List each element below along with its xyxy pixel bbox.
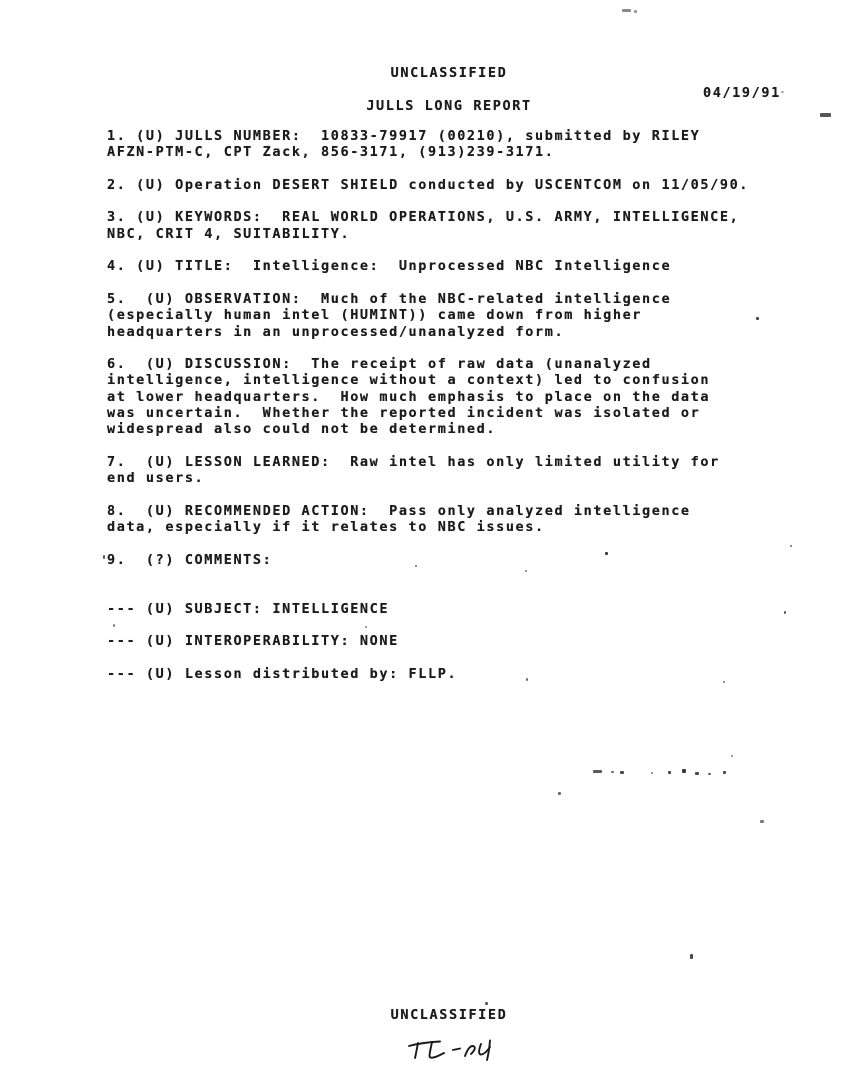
paragraph-lesson-learned: 7. (U) LESSON LEARNED: Raw intel has onl… xyxy=(107,454,807,487)
scan-speck xyxy=(558,792,561,795)
scan-speck xyxy=(690,954,693,959)
scan-speck xyxy=(708,773,711,775)
paragraph-observation: 5. (U) OBSERVATION: Much of the NBC-rela… xyxy=(107,291,807,340)
scan-speck xyxy=(485,1002,488,1005)
scan-speck xyxy=(723,771,726,774)
scan-speck xyxy=(760,820,764,823)
scan-speck xyxy=(611,771,614,773)
report-title: JULLS LONG REPORT xyxy=(107,98,791,114)
paragraph-title: 4. (U) TITLE: Intelligence: Unprocessed … xyxy=(107,258,807,274)
footnote-interoperability: --- (U) INTEROPERABILITY: NONE xyxy=(107,633,807,649)
scanned-document-page: UNCLASSIFIED 04/19/91 JULLS LONG REPORT … xyxy=(0,0,850,1079)
classification-header: UNCLASSIFIED xyxy=(107,65,791,81)
scan-speck xyxy=(682,769,686,773)
paragraph-keywords: 3. (U) KEYWORDS: REAL WORLD OPERATIONS, … xyxy=(107,209,807,242)
scan-speck xyxy=(651,772,653,774)
handwritten-stroke xyxy=(430,1042,445,1058)
scan-speck xyxy=(668,771,671,774)
scan-speck xyxy=(593,770,602,773)
classification-footer: UNCLASSIFIED xyxy=(107,1007,791,1023)
scan-speck xyxy=(634,10,637,13)
scan-speck xyxy=(781,91,784,93)
handwritten-page-number xyxy=(394,1029,514,1071)
paragraph-comments: 9. (?) COMMENTS: xyxy=(107,552,807,568)
paragraph-recommended-action: 8. (U) RECOMMENDED ACTION: Pass only ana… xyxy=(107,503,807,536)
scan-speck xyxy=(622,9,631,12)
paragraph-discussion: 6. (U) DISCUSSION: The receipt of raw da… xyxy=(107,356,807,437)
scan-speck xyxy=(103,555,105,559)
handwritten-stroke xyxy=(409,1042,440,1047)
scan-speck xyxy=(620,771,624,774)
paragraph-operation: 2. (U) Operation DESERT SHIELD conducted… xyxy=(107,177,807,193)
report-body: 1. (U) JULLS NUMBER: 10833-79917 (00210)… xyxy=(107,128,807,682)
scan-speck xyxy=(695,772,699,775)
footnote-distribution: --- (U) Lesson distributed by: FLLP. xyxy=(107,666,807,682)
handwritten-stroke xyxy=(465,1046,475,1056)
handwritten-stroke xyxy=(453,1049,460,1051)
scan-speck xyxy=(731,755,733,757)
footnote-subject: --- (U) SUBJECT: INTELLIGENCE xyxy=(107,601,807,617)
scan-speck xyxy=(820,113,831,117)
paragraph-julls-number: 1. (U) JULLS NUMBER: 10833-79917 (00210)… xyxy=(107,128,807,161)
